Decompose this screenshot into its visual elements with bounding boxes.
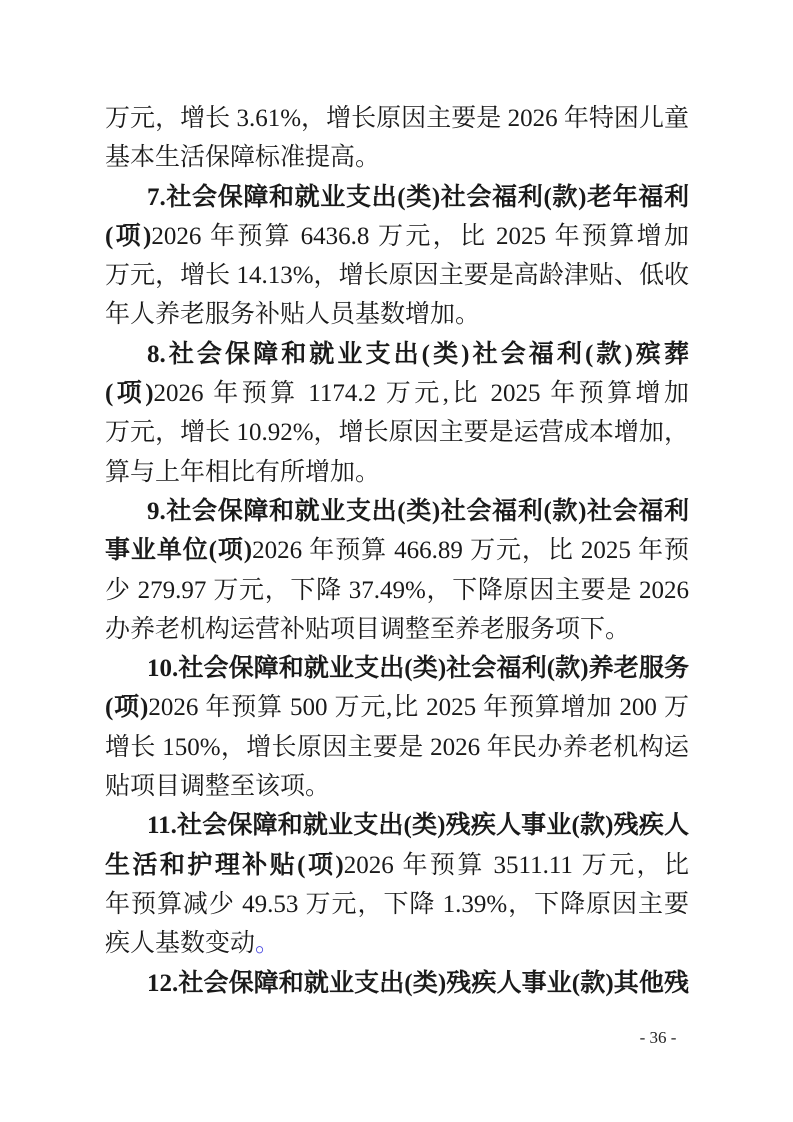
- bold-text-segment: 9.社会保障和就业支出(类)社会福利(款)社会福利: [147, 498, 689, 525]
- text-line: 基本生活保障标准提高。: [105, 138, 689, 177]
- bold-text-segment: (项): [105, 694, 148, 721]
- text-line: 9.社会保障和就业支出(类)社会福利(款)社会福利: [105, 492, 689, 531]
- text-segment: 疾人基数变动: [105, 930, 255, 957]
- text-segment: 万元，增长 10.92%，增长原因主要是运营成本增加，故预: [105, 419, 689, 452]
- text-line: 贴项目调整至该项。: [105, 767, 689, 806]
- bold-text-segment: (项): [105, 223, 151, 250]
- text-line: (项)2026 年预算 500 万元,比 2025 年预算增加 200 万元，: [105, 688, 689, 727]
- text-line: 事业单位(项)2026 年预算 466.89 万元，比 2025 年预算减: [105, 531, 689, 570]
- text-line: 生活和护理补贴(项)2026 年预算 3511.11 万元，比 2025: [105, 846, 689, 885]
- text-segment: 万元，增长 3.61%，增长原因主要是 2026 年特困儿童群体: [105, 105, 689, 138]
- text-segment: 基本生活保障标准提高。: [105, 144, 380, 171]
- text-line: (项)2026 年预算 6436.8 万元，比 2025 年预算增加 796.8: [105, 217, 689, 256]
- text-segment: 年人养老服务补贴人员基数增加。: [105, 301, 480, 328]
- text-segment: 办养老机构运营补贴项目调整至养老服务项下。: [105, 616, 630, 643]
- text-segment: 万元，增长 14.13%，增长原因主要是高龄津贴、低收入老: [105, 262, 689, 295]
- text-segment: 增长 150%，增长原因主要是 2026 年民办养老机构运营补: [105, 734, 689, 767]
- text-segment: 年预算减少 49.53 万元，下降 1.39%，下降原因主要是残: [105, 891, 689, 924]
- text-segment: 。: [255, 930, 280, 957]
- text-segment: 少 279.97 万元，下降 37.49%，下降原因主要是 2026 年民: [105, 577, 689, 610]
- text-line: 8.社会保障和就业支出(类)社会福利(款)殡葬: [105, 335, 689, 374]
- text-line: 年预算减少 49.53 万元，下降 1.39%，下降原因主要是残: [105, 885, 689, 924]
- bold-text-segment: 12.社会保障和就业支出(类)残疾人事业(款)其他残: [147, 970, 689, 997]
- text-line: 算与上年相比有所增加。: [105, 453, 689, 492]
- text-line: 10.社会保障和就业支出(类)社会福利(款)养老服务: [105, 649, 689, 688]
- text-line: 12.社会保障和就业支出(类)残疾人事业(款)其他残: [105, 964, 689, 1003]
- text-line: 少 279.97 万元，下降 37.49%，下降原因主要是 2026 年民: [105, 571, 689, 610]
- bold-text-segment: 事业单位(项): [105, 537, 252, 564]
- text-line: (项)2026 年预算 1174.2 万元,比 2025 年预算增加 115.5…: [105, 374, 689, 413]
- text-line: 办养老机构运营补贴项目调整至养老服务项下。: [105, 610, 689, 649]
- document-page: 万元，增长 3.61%，增长原因主要是 2026 年特困儿童群体基本生活保障标准…: [0, 0, 793, 1122]
- text-line: 增长 150%，增长原因主要是 2026 年民办养老机构运营补: [105, 728, 689, 767]
- document-body: 万元，增长 3.61%，增长原因主要是 2026 年特困儿童群体基本生活保障标准…: [105, 99, 689, 1003]
- text-segment: 2026 年预算 1174.2 万元,比 2025 年预算增加 115.58: [105, 380, 689, 413]
- bold-text-segment: 生活和护理补贴(项): [105, 852, 344, 879]
- text-segment: 2026 年预算 500 万元,比 2025 年预算增加 200 万元，: [105, 694, 689, 727]
- text-line: 11.社会保障和就业支出(类)残疾人事业(款)残疾人: [105, 806, 689, 845]
- text-line: 年人养老服务补贴人员基数增加。: [105, 295, 689, 334]
- bold-text-segment: 7.社会保障和就业支出(类)社会福利(款)老年福利: [147, 184, 689, 211]
- text-line: 万元，增长 10.92%，增长原因主要是运营成本增加，故预: [105, 413, 689, 452]
- bold-text-segment: 11.社会保障和就业支出(类)残疾人事业(款)残疾人: [147, 812, 689, 839]
- text-segment: 2026 年预算 6436.8 万元，比 2025 年预算增加 796.8: [105, 223, 689, 256]
- text-line: 万元，增长 3.61%，增长原因主要是 2026 年特困儿童群体: [105, 99, 689, 138]
- text-line: 疾人基数变动。: [105, 924, 689, 963]
- bold-text-segment: (项): [105, 380, 154, 407]
- text-line: 万元，增长 14.13%，增长原因主要是高龄津贴、低收入老: [105, 256, 689, 295]
- bold-text-segment: 10.社会保障和就业支出(类)社会福利(款)养老服务: [147, 655, 689, 682]
- bold-text-segment: 8.社会保障和就业支出(类)社会福利(款)殡葬: [147, 341, 689, 368]
- text-segment: 算与上年相比有所增加。: [105, 459, 380, 486]
- page-number: - 36 -: [613, 1027, 703, 1049]
- text-line: 7.社会保障和就业支出(类)社会福利(款)老年福利: [105, 178, 689, 217]
- text-segment: 贴项目调整至该项。: [105, 773, 330, 800]
